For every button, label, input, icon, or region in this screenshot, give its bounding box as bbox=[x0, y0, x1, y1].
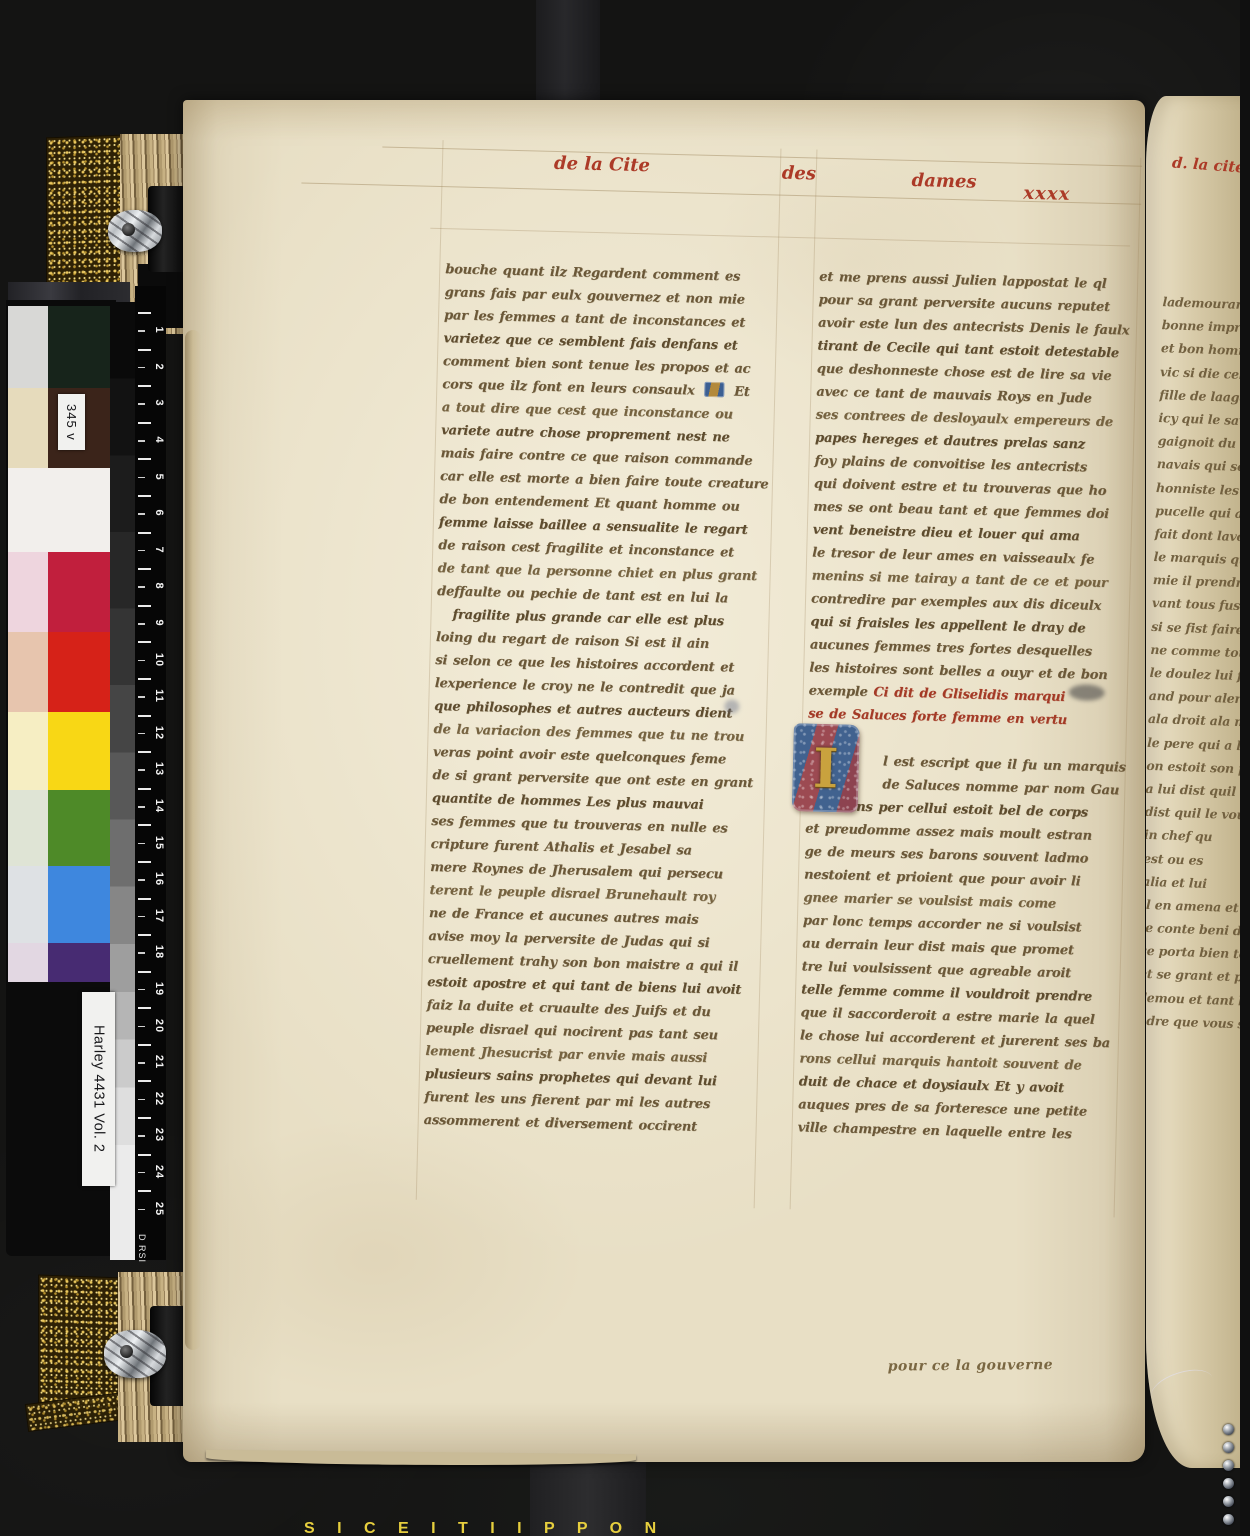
color-patch-row bbox=[8, 712, 112, 790]
ruler-tick: 24 bbox=[135, 1154, 166, 1191]
illuminated-initial: I bbox=[792, 723, 860, 813]
color-patch-row bbox=[8, 790, 112, 866]
ruler-number: 19 bbox=[153, 982, 165, 996]
metal-stud bbox=[1223, 1514, 1234, 1525]
ruler-tick: 21 bbox=[135, 1044, 166, 1081]
ruler-tick: 19 bbox=[135, 971, 166, 1008]
color-patch bbox=[8, 306, 48, 388]
text-column-2-lines: et me prens aussi Julien lappostat le ql… bbox=[797, 266, 1141, 1148]
calibration-assembly: 1234567891011121314151617181920212223242… bbox=[6, 282, 168, 1264]
color-patch bbox=[48, 866, 112, 943]
running-header-segment: des bbox=[782, 163, 817, 185]
running-header: de la Cite des dames xxxx bbox=[184, 100, 1145, 124]
ruler-tick: 3 bbox=[135, 385, 166, 422]
color-patch bbox=[8, 866, 48, 943]
ruler-number: 10 bbox=[153, 653, 165, 667]
ruler-tick: 5 bbox=[135, 458, 166, 495]
shelfmark-label: Harley 4431 Vol. 2 bbox=[82, 992, 115, 1186]
ruler-number: 25 bbox=[153, 1201, 165, 1215]
ruler-number: 12 bbox=[153, 726, 165, 740]
ruler-tick: 14 bbox=[135, 788, 166, 825]
running-header-chapter-number: xxxx bbox=[1023, 183, 1070, 205]
binder-clip-handle-bottom bbox=[104, 1330, 166, 1378]
ruler-number: 2 bbox=[153, 363, 165, 370]
ruler-tick: 23 bbox=[135, 1117, 166, 1154]
color-patch bbox=[8, 468, 112, 552]
color-patch bbox=[8, 632, 48, 712]
metal-stud bbox=[1223, 1424, 1234, 1435]
color-patch bbox=[8, 388, 48, 468]
ruler-tick: 18 bbox=[135, 934, 166, 971]
color-patch bbox=[48, 790, 112, 866]
binder-clip-handle-top bbox=[108, 210, 162, 252]
ruler-tick: 1 bbox=[135, 312, 166, 349]
ruler-tick: 10 bbox=[135, 641, 166, 678]
ruler-number: 22 bbox=[153, 1092, 165, 1106]
ruler-number: 14 bbox=[153, 799, 165, 813]
ruler-scale: 1234567891011121314151617181920212223242… bbox=[135, 286, 166, 1260]
color-patch-row bbox=[8, 306, 112, 388]
ruler-tick: 13 bbox=[135, 751, 166, 788]
ruler-tick: 2 bbox=[135, 349, 166, 386]
color-patch-row bbox=[8, 552, 112, 632]
ruler-number: 3 bbox=[153, 400, 165, 407]
metal-stud bbox=[1223, 1496, 1234, 1507]
color-patch-row bbox=[8, 468, 112, 552]
gold-paraph-mark bbox=[704, 382, 724, 398]
ruler-tick: 6 bbox=[135, 495, 166, 532]
ruler-tick: 9 bbox=[135, 605, 166, 642]
initial-letter: I bbox=[812, 741, 839, 796]
ruler-number: 5 bbox=[153, 473, 165, 480]
ruled-line bbox=[430, 228, 1130, 247]
ruler-number: 23 bbox=[153, 1128, 165, 1142]
metal-studs bbox=[1223, 1424, 1234, 1525]
ruler-tick: 7 bbox=[135, 532, 166, 569]
manuscript-photo: de la Cite des dames xxxx bouche quant i… bbox=[0, 0, 1250, 1536]
background-right-edge bbox=[1240, 0, 1250, 1536]
ruler-number: 17 bbox=[153, 909, 165, 923]
cropped-caption-letters: S I C E I T I I P P O N bbox=[304, 1520, 665, 1536]
ruler-tick: 20 bbox=[135, 1007, 166, 1044]
color-patch bbox=[8, 552, 48, 632]
metal-stud bbox=[1223, 1478, 1234, 1489]
color-patch-row bbox=[8, 632, 112, 712]
color-patch bbox=[8, 790, 48, 866]
ruler-end-label: D RSI bbox=[137, 1234, 147, 1263]
next-folio-edge: d. la cite lademourant dicelle demobonne… bbox=[1146, 96, 1248, 1468]
ruled-line bbox=[301, 183, 1141, 205]
next-folio-text: lademourant dicelle demobonne imprient e… bbox=[1146, 290, 1248, 1036]
ruler-number: 9 bbox=[153, 619, 165, 626]
text-column-1: bouche quant ilz Regardent comment esgra… bbox=[423, 258, 779, 1140]
ruler-tick: 8 bbox=[135, 568, 166, 605]
next-folio-running-header: d. la cite bbox=[1171, 153, 1245, 176]
next-folio-text-fragment: ndre que vous sen ten bbox=[1146, 1009, 1248, 1036]
running-header-segment: de la Cite bbox=[554, 153, 651, 176]
ruler-number: 15 bbox=[153, 835, 165, 849]
ruler-number: 4 bbox=[153, 437, 165, 444]
text-column-2: et me prens aussi Julien lappostat le ql… bbox=[797, 266, 1141, 1148]
ruler-number: 13 bbox=[153, 762, 165, 776]
ruler-number: 7 bbox=[153, 546, 165, 553]
ruler-number: 16 bbox=[153, 872, 165, 886]
ruler-tick: 15 bbox=[135, 824, 166, 861]
ruler-number: 21 bbox=[153, 1055, 165, 1069]
ruler-number: 8 bbox=[153, 583, 165, 590]
page-content: de la Cite des dames xxxx bouche quant i… bbox=[183, 100, 1145, 1462]
catchword: pour ce la gouverne bbox=[888, 1357, 1054, 1375]
color-patch bbox=[48, 552, 112, 632]
ruled-line bbox=[382, 147, 1142, 167]
ruler-number: 24 bbox=[153, 1165, 165, 1179]
color-patch bbox=[48, 306, 112, 388]
color-patch bbox=[8, 712, 48, 790]
ruler-tick: 16 bbox=[135, 861, 166, 898]
color-patch bbox=[48, 712, 112, 790]
color-patch bbox=[48, 632, 112, 712]
ruler-number: 6 bbox=[153, 510, 165, 517]
metal-stud bbox=[1223, 1442, 1234, 1453]
ruler-number: 20 bbox=[153, 1018, 165, 1032]
ruler-number: 11 bbox=[153, 689, 165, 703]
ruler-tick: 4 bbox=[135, 422, 166, 459]
metal-stud bbox=[1223, 1460, 1234, 1471]
ruler-number: 1 bbox=[153, 327, 165, 334]
ruler-tick: 12 bbox=[135, 715, 166, 752]
folio-number-label: 345 v bbox=[58, 394, 85, 450]
color-patch-row bbox=[8, 866, 112, 943]
ruler-tick: 11 bbox=[135, 678, 166, 715]
ruler-number: 18 bbox=[153, 945, 165, 959]
ruler-tick: 22 bbox=[135, 1080, 166, 1117]
ruler-tick: 25 bbox=[135, 1190, 166, 1227]
manuscript-page: de la Cite des dames xxxx bouche quant i… bbox=[183, 100, 1145, 1462]
running-header-segment: dames bbox=[911, 170, 976, 193]
ruler-tick: 17 bbox=[135, 898, 166, 935]
